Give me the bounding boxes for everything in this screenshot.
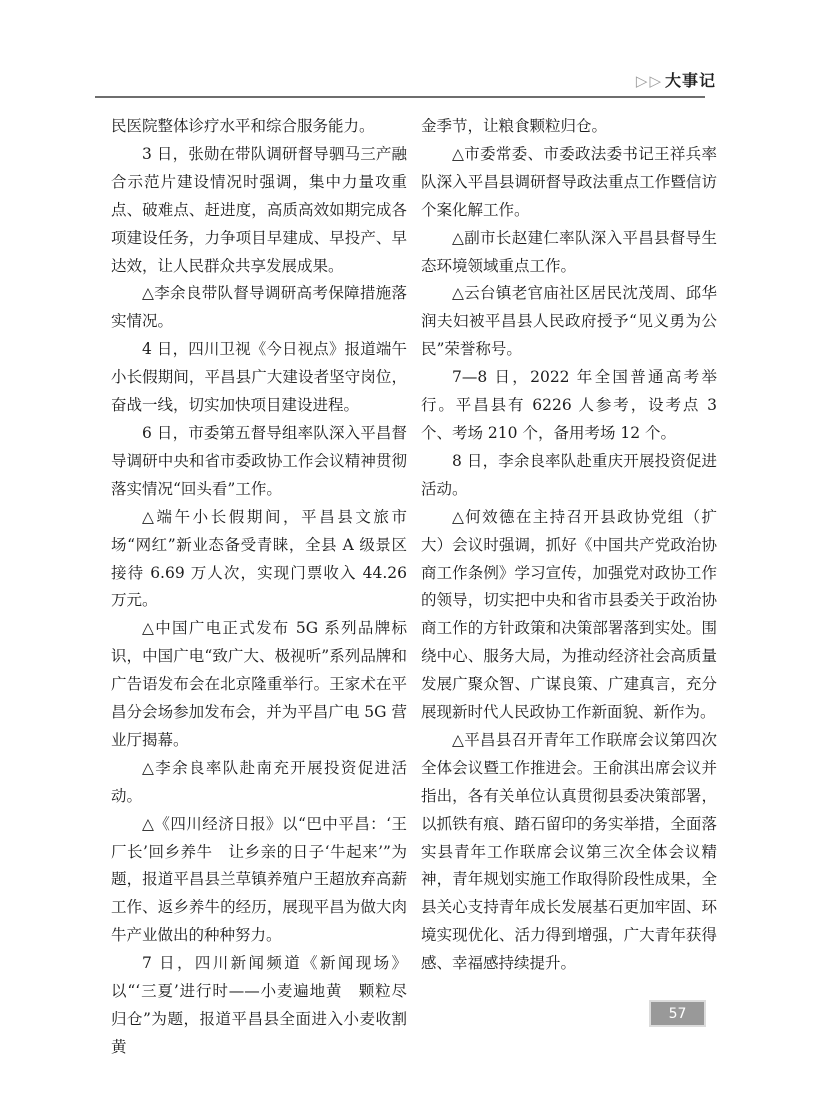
document-page: ▷▷大事记 民医院整体诊疗水平和综合服务能力。 3 日，张勋在带队调研督导驷马三… [0, 0, 816, 1100]
triangle-marker-icon: ▷▷ [636, 72, 663, 90]
entry-paragraph: △中国广电正式发布 5G 系列品牌标识，中国广电“致广大、极视听”系列品牌和广告… [111, 615, 407, 755]
entry-paragraph: △何效德在主持召开县政协党组（扩大）会议时强调，抓好《中国共产党政治协商工作条例… [421, 504, 717, 727]
two-column-text: 民医院整体诊疗水平和综合服务能力。 3 日，张勋在带队调研督导驷马三产融合示范片… [111, 113, 717, 1062]
running-head: ▷▷大事记 [636, 70, 716, 92]
entry-paragraph: △李余良率队赴南充开展投资促进活动。 [111, 755, 407, 811]
page-number-badge: 57 [649, 1000, 706, 1027]
header-rule [95, 96, 705, 98]
entry-paragraph: △市委常委、市委政法委书记王祥兵率队深入平昌县调研督导政法重点工作暨信访个案化解… [421, 141, 717, 225]
entry-paragraph: △《四川经济日报》以“巴中平昌：‘王厂长’回乡养牛 让乡亲的日子‘牛起来’”为题… [111, 811, 407, 951]
left-column: 民医院整体诊疗水平和综合服务能力。 3 日，张勋在带队调研督导驷马三产融合示范片… [111, 113, 407, 1062]
entry-paragraph: 金季节，让粮食颗粒归仓。 [421, 113, 717, 141]
entry-paragraph: 民医院整体诊疗水平和综合服务能力。 [111, 113, 407, 141]
entry-paragraph: △云台镇老官庙社区居民沈茂周、邱华润夫妇被平昌县人民政府授予“见义勇为公民”荣誉… [421, 280, 717, 364]
entry-paragraph: △李余良带队督导调研高考保障措施落实情况。 [111, 280, 407, 336]
entry-paragraph: 8 日，李余良率队赴重庆开展投资促进活动。 [421, 448, 717, 504]
right-column: 金季节，让粮食颗粒归仓。 △市委常委、市委政法委书记王祥兵率队深入平昌县调研督导… [421, 113, 717, 1062]
entry-paragraph: △端午小长假期间，平昌县文旅市场“网红”新业态备受青睐，全县 A 级景区接待 6… [111, 504, 407, 616]
entry-paragraph: 3 日，张勋在带队调研督导驷马三产融合示范片建设情况时强调，集中力量攻重点、破难… [111, 141, 407, 281]
entry-paragraph: 4 日，四川卫视《今日视点》报道端午小长假期间，平昌县广大建设者坚守岗位，奋战一… [111, 336, 407, 420]
entry-paragraph: 7 日，四川新闻频道《新闻现场》以“‘三夏’进行时——小麦遍地黄 颗粒尽归仓”为… [111, 950, 407, 1062]
entry-paragraph: 7—8 日，2022 年全国普通高考举行。平昌县有 6226 人参考，设考点 3… [421, 364, 717, 448]
page-header-title: 大事记 [665, 71, 716, 90]
entry-paragraph: △副市长赵建仁率队深入平昌县督导生态环境领域重点工作。 [421, 225, 717, 281]
entry-paragraph: △平昌县召开青年工作联席会议第四次全体会议暨工作推进会。王俞淇出席会议并指出，各… [421, 727, 717, 978]
entry-paragraph: 6 日，市委第五督导组率队深入平昌督导调研中央和省市委政协工作会议精神贯彻落实情… [111, 420, 407, 504]
